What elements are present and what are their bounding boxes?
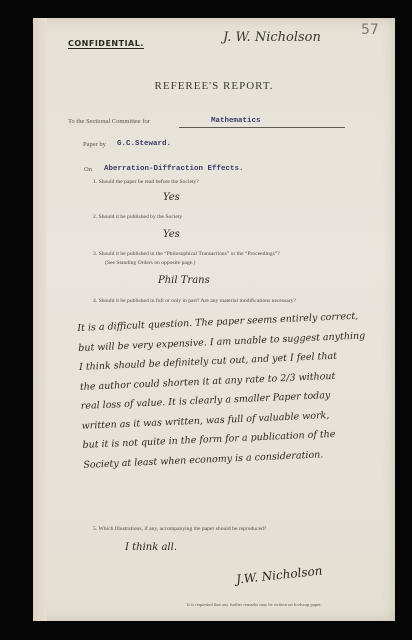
paper-by-value: G.C.Steward. (117, 140, 171, 148)
question-4: 4. Should it be published in full or onl… (93, 298, 296, 304)
question-3-note: (See Standing Orders on opposite page.) (105, 260, 195, 266)
question-3: 3. Should it be published in the “Philos… (93, 251, 280, 257)
committee-value: Mathematics (211, 117, 261, 125)
answer-1: Yes (163, 192, 180, 203)
referee-report-page: CONFIDENTIAL. J. W. Nicholson 57 REFEREE… (33, 18, 395, 621)
footnote: It is requested that any further remarks… (187, 602, 322, 607)
answer-4-paragraph: It is a difficult question. The paper se… (77, 306, 371, 474)
author-annotation: J. W. Nicholson (223, 30, 321, 45)
committee-field: Mathematics (179, 118, 345, 128)
on-label: On (84, 166, 92, 173)
on-value: Aberration-Diffraction Effects. (104, 165, 244, 173)
answer-2: Yes (163, 229, 180, 240)
answer-3: Phil Trans (158, 275, 210, 286)
folio-number: 57 (361, 22, 379, 38)
confidential-label: CONFIDENTIAL. (68, 39, 144, 49)
page-title: REFEREE'S REPORT. (33, 80, 395, 92)
answer-5: I think all. (125, 542, 177, 553)
question-2: 2. Should it be published by the Society (93, 214, 182, 220)
question-1: 1. Should the paper be read before the S… (93, 179, 199, 185)
question-5: 5. Which Illustrations, if any, accompan… (93, 526, 266, 532)
paper-by-label: Paper by (83, 141, 106, 148)
signature: J.W. Nicholson (236, 564, 324, 587)
committee-label: To the Sectional Committee for (68, 118, 150, 125)
